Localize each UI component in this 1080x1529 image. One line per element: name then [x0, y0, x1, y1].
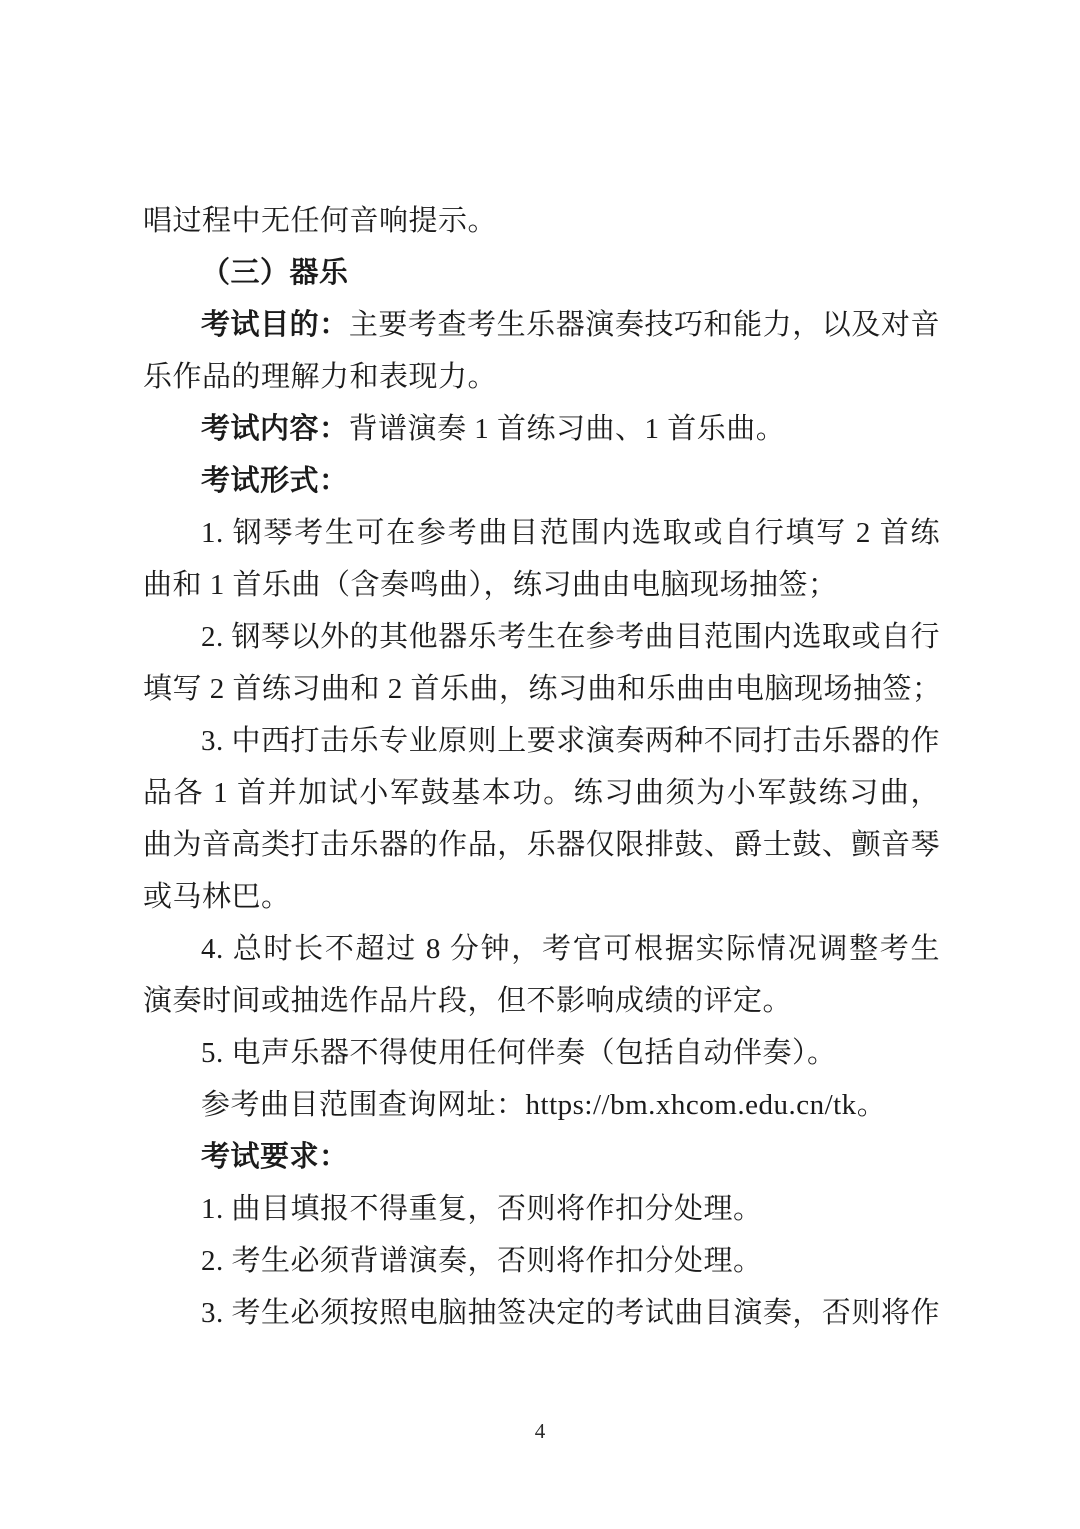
line-text: 曲为音高类打击乐器的作品，乐器仅限排鼓、爵士鼓、颤音琴 — [143, 829, 940, 861]
line-text: 乐作品的理解力和表现力。 — [143, 361, 497, 393]
reference-url: https://bm.xhcom.edu.cn/tk — [526, 1089, 857, 1121]
line-text: 。 — [857, 1089, 887, 1121]
line-text: 参考曲目范围查询网址： — [201, 1089, 526, 1121]
line-text: 1. 钢琴考生可在参考曲目范围内选取或自行填写 2 首练习 — [201, 517, 940, 559]
list-item: 5. 电声乐器不得使用任何伴奏（包括自动伴奏）。 — [143, 1027, 940, 1079]
field-heading: 考试要求： — [143, 1131, 940, 1183]
list-item: 1. 钢琴考生可在参考曲目范围内选取或自行填写 2 首练习 — [143, 507, 940, 559]
field-label: 考试目的： — [201, 309, 349, 341]
line-text: 品各 1 首并加试小军鼓基本功。练习曲须为小军鼓练习曲，乐 — [143, 777, 940, 819]
section-heading-label: （三）器乐 — [201, 257, 349, 289]
line-text: 4. 总时长不超过 8 分钟，考官可根据实际情况调整考生的 — [201, 933, 940, 975]
line-text: 3. 考生必须按照电脑抽签决定的考试曲目演奏，否则将作 — [201, 1297, 940, 1329]
line-text: 演奏时间或抽选作品片段，但不影响成绩的评定。 — [143, 985, 792, 1017]
line-text: 5. 电声乐器不得使用任何伴奏（包括自动伴奏）。 — [201, 1037, 837, 1069]
body-line: 考试目的：主要考查考生乐器演奏技巧和能力，以及对音 — [143, 299, 940, 351]
field-heading: 考试形式： — [143, 455, 940, 507]
body-line: 唱过程中无任何音响提示。 — [143, 195, 940, 247]
body-line: 考试内容：背谱演奏 1 首练习曲、1 首乐曲。 — [143, 403, 940, 455]
section-heading: （三）器乐 — [143, 247, 940, 299]
line-text: 2. 钢琴以外的其他器乐考生在参考曲目范围内选取或自行 — [201, 621, 940, 653]
page-number: 4 — [0, 1416, 1080, 1446]
field-label: 考试内容： — [201, 413, 349, 445]
list-item: 1. 曲目填报不得重复，否则将作扣分处理。 — [143, 1183, 940, 1235]
document-body: 唱过程中无任何音响提示。 （三）器乐 考试目的：主要考查考生乐器演奏技巧和能力，… — [143, 195, 940, 1339]
line-text: 2. 考生必须背谱演奏，否则将作扣分处理。 — [201, 1245, 763, 1277]
reference-line: 参考曲目范围查询网址：https://bm.xhcom.edu.cn/tk。 — [143, 1079, 940, 1131]
field-label: 考试要求： — [201, 1141, 349, 1173]
list-item: 2. 钢琴以外的其他器乐考生在参考曲目范围内选取或自行 — [143, 611, 940, 663]
body-line: 或马林巴。 — [143, 871, 940, 923]
body-line: 演奏时间或抽选作品片段，但不影响成绩的评定。 — [143, 975, 940, 1027]
list-item: 4. 总时长不超过 8 分钟，考官可根据实际情况调整考生的 — [143, 923, 940, 975]
body-line: 曲和 1 首乐曲（含奏鸣曲），练习曲由电脑现场抽签； — [143, 559, 940, 611]
line-text: 唱过程中无任何音响提示。 — [143, 205, 497, 237]
list-item: 2. 考生必须背谱演奏，否则将作扣分处理。 — [143, 1235, 940, 1287]
body-line: 填写 2 首练习曲和 2 首乐曲，练习曲和乐曲由电脑现场抽签； — [143, 663, 940, 715]
list-item: 3. 考生必须按照电脑抽签决定的考试曲目演奏，否则将作 — [143, 1287, 940, 1339]
body-line: 曲为音高类打击乐器的作品，乐器仅限排鼓、爵士鼓、颤音琴 — [143, 819, 940, 871]
document-page: { "meta": { "background_color": "#ffffff… — [0, 0, 1080, 1529]
line-text: 填写 2 首练习曲和 2 首乐曲，练习曲和乐曲由电脑现场抽签； — [143, 673, 942, 705]
line-text: 或马林巴。 — [143, 881, 291, 913]
body-line: 乐作品的理解力和表现力。 — [143, 351, 940, 403]
line-text: 背谱演奏 1 首练习曲、1 首乐曲。 — [349, 413, 786, 445]
list-item: 3. 中西打击乐专业原则上要求演奏两种不同打击乐器的作 — [143, 715, 940, 767]
line-text: 主要考查考生乐器演奏技巧和能力，以及对音 — [349, 309, 940, 341]
body-line: 品各 1 首并加试小军鼓基本功。练习曲须为小军鼓练习曲，乐 — [143, 767, 940, 819]
field-label: 考试形式： — [201, 465, 349, 497]
line-text: 3. 中西打击乐专业原则上要求演奏两种不同打击乐器的作 — [201, 725, 940, 757]
line-text: 曲和 1 首乐曲（含奏鸣曲），练习曲由电脑现场抽签； — [143, 569, 838, 601]
line-text: 1. 曲目填报不得重复，否则将作扣分处理。 — [201, 1193, 763, 1225]
